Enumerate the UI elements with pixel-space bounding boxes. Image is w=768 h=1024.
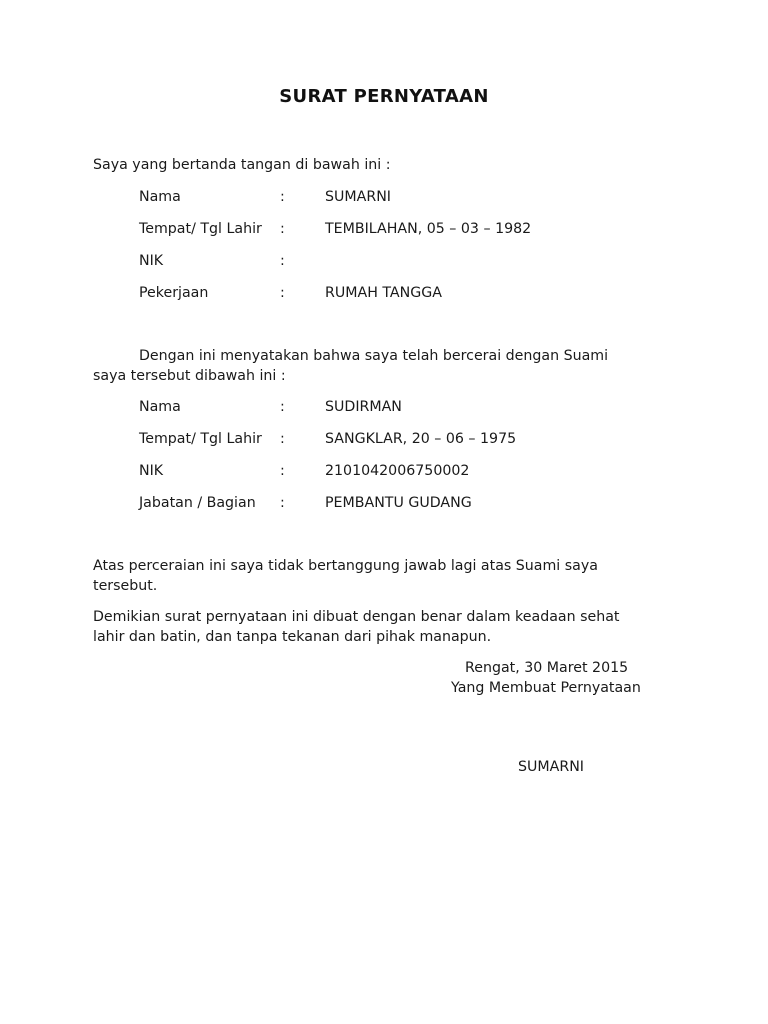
place-date: Rengat, 30 Maret 2015 — [465, 657, 628, 679]
spouse-row-name: Nama : SUDIRMAN — [0, 396, 768, 418]
field-label: Jabatan / Bagian — [139, 492, 256, 514]
signer-name: SUMARNI — [518, 756, 584, 778]
field-label: NIK — [139, 250, 163, 272]
signer-caption: Yang Membuat Pernyataan — [451, 677, 641, 699]
declarant-row-name: Nama : SUMARNI — [0, 186, 768, 208]
spouse-row-nik: NIK : 2101042006750002 — [0, 460, 768, 482]
declarant-row-birth: Tempat/ Tgl Lahir : TEMBILAHAN, 05 – 03 … — [0, 218, 768, 240]
paragraph-2-line-2: lahir dan batin, dan tanpa tekanan dari … — [93, 626, 491, 648]
declarant-row-occupation: Pekerjaan : RUMAH TANGGA — [0, 282, 768, 304]
field-colon: : — [280, 428, 285, 450]
statement-line-2: saya tersebut dibawah ini : — [93, 365, 286, 387]
field-label: NIK — [139, 460, 163, 482]
field-colon: : — [280, 492, 285, 514]
document-title: SURAT PERNYATAAN — [0, 86, 768, 107]
field-value: SANGKLAR, 20 – 06 – 1975 — [325, 428, 516, 450]
field-label: Nama — [139, 396, 181, 418]
statement-line-1: Dengan ini menyatakan bahwa saya telah b… — [139, 345, 608, 367]
field-colon: : — [280, 396, 285, 418]
field-value: PEMBANTU GUDANG — [325, 492, 472, 514]
paragraph-1-line-2: tersebut. — [93, 575, 157, 597]
field-label: Nama — [139, 186, 181, 208]
field-value: SUDIRMAN — [325, 396, 402, 418]
field-value: SUMARNI — [325, 186, 391, 208]
intro-text: Saya yang bertanda tangan di bawah ini : — [93, 154, 391, 176]
field-colon: : — [280, 250, 285, 272]
field-value: TEMBILAHAN, 05 – 03 – 1982 — [325, 218, 531, 240]
document-page: SURAT PERNYATAAN Saya yang bertanda tang… — [0, 0, 768, 1024]
field-label: Tempat/ Tgl Lahir — [139, 218, 262, 240]
paragraph-2-line-1: Demikian surat pernyataan ini dibuat den… — [93, 606, 619, 628]
field-value: 2101042006750002 — [325, 460, 469, 482]
declarant-row-nik: NIK : — [0, 250, 768, 272]
field-colon: : — [280, 218, 285, 240]
field-colon: : — [280, 186, 285, 208]
field-colon: : — [280, 460, 285, 482]
spouse-row-birth: Tempat/ Tgl Lahir : SANGKLAR, 20 – 06 – … — [0, 428, 768, 450]
field-label: Tempat/ Tgl Lahir — [139, 428, 262, 450]
paragraph-1-line-1: Atas perceraian ini saya tidak bertanggu… — [93, 555, 598, 577]
field-colon: : — [280, 282, 285, 304]
field-label: Pekerjaan — [139, 282, 208, 304]
field-value: RUMAH TANGGA — [325, 282, 442, 304]
spouse-row-position: Jabatan / Bagian : PEMBANTU GUDANG — [0, 492, 768, 514]
